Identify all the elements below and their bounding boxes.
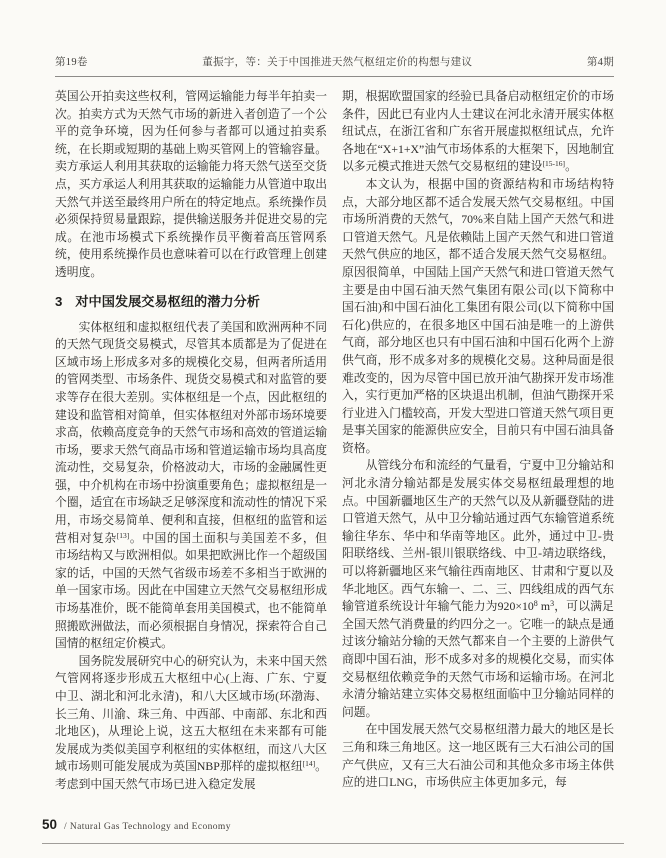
paragraph: 实体枢纽和虚拟枢纽代表了美国和欧洲两种不同的天然气现货交易模式，尽管其本质都是为… [55, 319, 327, 653]
running-title: 董振宇，等：关于中国推进天然气枢纽定价的构想与建议 [88, 54, 587, 69]
section-title: 对中国发展交易枢纽的潜力分析 [75, 294, 260, 309]
issue-label: 第4期 [587, 54, 614, 69]
paragraph: 本文认为，根据中国的资源结构和市场结构特点，大部分地区都不适合发展天然气交易枢纽… [342, 176, 614, 458]
section-number: 3 [55, 294, 62, 309]
paragraph-text: 英国公开拍卖这些权利，管网运输能力每半年拍卖一次。拍卖方式为天然气市场的新进入者… [55, 89, 327, 279]
header-rule [55, 76, 614, 77]
journal-name: / Natural Gas Technology and Economy [64, 822, 231, 832]
running-header: 第19卷 董振宇，等：关于中国推进天然气枢纽定价的构想与建议 第4期 [55, 54, 614, 69]
paragraph-text: 从管线分布和流经的气量看，宁夏中卫分输站和河北永清分输站都是发展实体交易枢纽最理… [342, 458, 614, 613]
paragraph-text: 。 [565, 159, 577, 173]
paragraph-text: m [538, 599, 550, 613]
paper-page: 第19卷 董振宇，等：关于中国推进天然气枢纽定价的构想与建议 第4期 英国公开拍… [0, 0, 666, 858]
paragraph-text: 实体枢纽和虚拟枢纽代表了美国和欧洲两种不同的天然气现货交易模式，尽管其本质都是为… [55, 320, 327, 545]
reference-marker: [15-16] [543, 159, 566, 168]
reference-marker: [13] [117, 531, 130, 540]
paragraph: 期，根据欧盟国家的经验已具备启动枢纽定价的市场条件，因此已有业内人士建议在河北永… [342, 88, 614, 176]
right-column: 期，根据欧盟国家的经验已具备启动枢纽定价的市场条件，因此已有业内人士建议在河北永… [342, 88, 614, 811]
section-heading: 3对中国发展交易枢纽的潜力分析 [55, 293, 327, 311]
paragraph: 在中国发展天然气交易枢纽潜力最大的地区是长三角和珠三角地区。这一地区既有三大石油… [342, 721, 614, 791]
paragraph-text: 国务院发展研究中心的研究认为，未来中国天然气管网将逐步形成五大枢纽中心(上海、广… [55, 654, 327, 774]
paragraph: 国务院发展研究中心的研究认为，未来中国天然气管网将逐步形成五大枢纽中心(上海、广… [55, 653, 327, 794]
footer-rule [42, 843, 624, 844]
paragraph-text: 在中国发展天然气交易枢纽潜力最大的地区是长三角和珠三角地区。这一地区既有三大石油… [342, 722, 614, 789]
page-footer: 50 / Natural Gas Technology and Economy [42, 817, 231, 832]
page-number: 50 [42, 817, 57, 832]
paragraph: 从管线分布和流经的气量看，宁夏中卫分输站和河北永清分输站都是发展实体交易枢纽最理… [342, 457, 614, 721]
paragraph-text: ，可以满足全国天然气消费量的约四分之一。它唯一的缺点是通过该分输站分输的天然气都… [342, 599, 614, 719]
paragraph-text: 本文认为，根据中国的资源结构和市场结构特点，大部分地区都不适合发展天然气交易枢纽… [342, 177, 614, 455]
article-body: 英国公开拍卖这些权利，管网运输能力每半年拍卖一次。拍卖方式为天然气市场的新进入者… [55, 88, 614, 811]
paragraph: 英国公开拍卖这些权利，管网运输能力每半年拍卖一次。拍卖方式为天然气市场的新进入者… [55, 88, 327, 282]
paragraph-text: 。中国的国土面积与美国差不多，但市场结构又与欧洲相似。如果把欧洲比作一个超级国家… [55, 531, 327, 651]
reference-marker: [14] [303, 759, 316, 768]
volume-label: 第19卷 [55, 54, 88, 69]
left-column: 英国公开拍卖这些权利，管网运输能力每半年拍卖一次。拍卖方式为天然气市场的新进入者… [55, 88, 327, 811]
